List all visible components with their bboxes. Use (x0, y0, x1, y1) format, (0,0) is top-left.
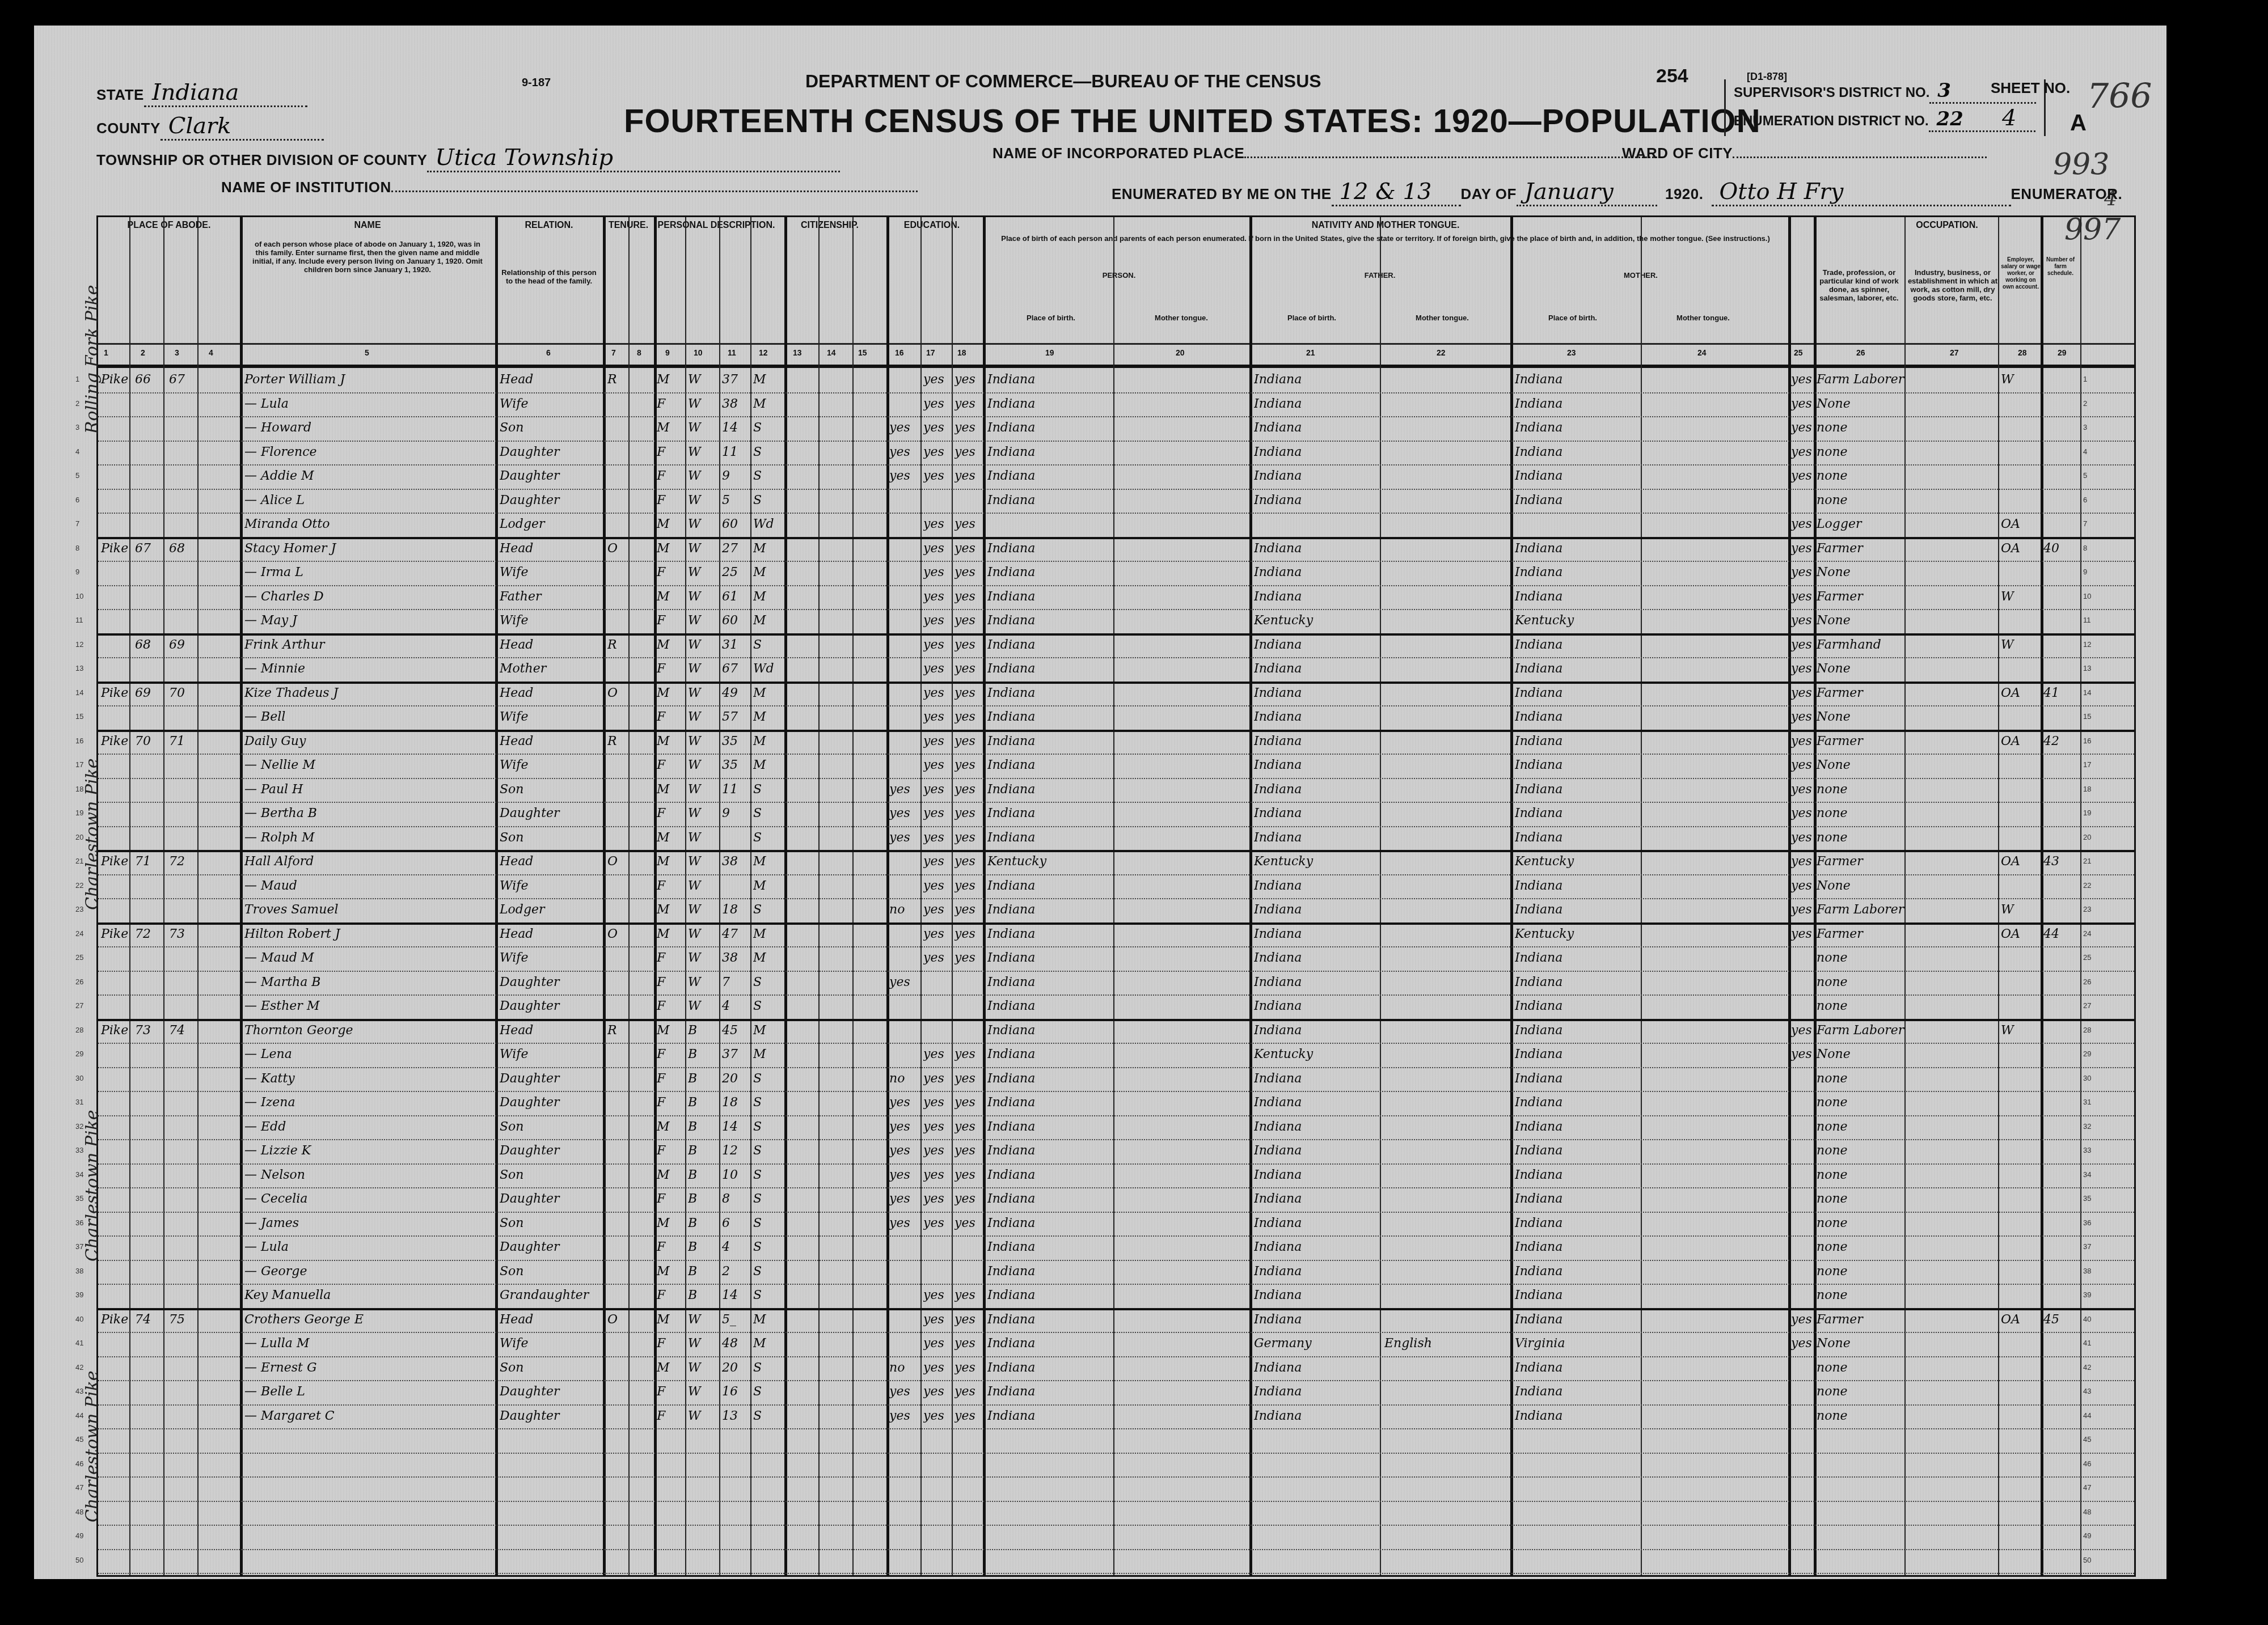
cell-school: yes (889, 1120, 920, 1134)
cell-age: 49 (722, 686, 750, 700)
line-number: 25 (75, 953, 83, 962)
cell-f-birth: Indiana (1254, 590, 1379, 604)
cell-birth: Indiana (987, 469, 1112, 483)
cell-write: yes (954, 1095, 983, 1110)
cell-marital: Wd (753, 662, 784, 676)
cell-f-birth: Indiana (1254, 1361, 1379, 1375)
cell-trade: None (1817, 1047, 1904, 1061)
table-row: 3333— Lizzie KDaughterFB12SyesyesyesIndi… (98, 1139, 2134, 1165)
table-row: 2929— LenaWifeFB37MyesyesIndianaKentucky… (98, 1043, 2134, 1068)
cell-name: — Bell (244, 710, 494, 724)
side-annotation-2: Charlestown Pike (82, 758, 102, 910)
cell-name: — Rolph M (244, 831, 494, 845)
cell-house: 72 (135, 927, 163, 941)
cell-sex: M (657, 1168, 685, 1182)
location-block: STATEIndiana COUNTYClark (96, 79, 324, 146)
cell-m-birth: Indiana (1515, 1409, 1640, 1423)
cell-write: yes (954, 686, 983, 700)
cell-birth: Indiana (987, 1047, 1112, 1061)
table-row: 1313— MinnieMotherFW67WdyesyesIndianaInd… (98, 657, 2134, 684)
cell-relation: Lodger (500, 903, 602, 917)
cell-write: yes (954, 1047, 983, 1061)
cell-name: — Cecelia (244, 1192, 494, 1206)
cell-marital: S (753, 493, 784, 507)
cell-write: yes (954, 1288, 983, 1302)
cell-sex: M (657, 373, 685, 387)
cell-english: yes (1791, 421, 1814, 435)
cell-relation: Wife (500, 1047, 602, 1061)
cell-marital: M (753, 541, 784, 556)
line-number: 49 (75, 1531, 83, 1540)
cell-birth: Indiana (987, 1216, 1112, 1230)
line-number: 6 (75, 496, 79, 504)
cell-name: Miranda Otto (244, 517, 494, 531)
cell-race: W (688, 879, 719, 893)
line-number: 40 (75, 1315, 83, 1323)
line-number: 9 (75, 568, 79, 576)
table-row: 3030— KattyDaughterFB20SnoyesyesIndianaI… (98, 1067, 2134, 1093)
table-row: 4343— Belle LDaughterFW16SyesyesyesIndia… (98, 1380, 2134, 1406)
cell-relation: Head (500, 638, 602, 652)
cell-race: B (688, 1144, 719, 1158)
cell-marital: S (753, 1361, 784, 1375)
cell-marital: M (753, 951, 784, 965)
cell-relation: Wife (500, 565, 602, 579)
cell-sex: M (657, 734, 685, 748)
cell-name: — Nellie M (244, 758, 494, 772)
cell-sex: M (657, 831, 685, 845)
cell-sex: M (657, 421, 685, 435)
line-number: 7 (75, 519, 79, 528)
line-number: 2 (75, 399, 79, 408)
cell-m-birth: Indiana (1515, 469, 1640, 483)
cell-street: Pike (101, 541, 129, 556)
cell-school: yes (889, 975, 920, 989)
cell-f-birth: Indiana (1254, 879, 1379, 893)
line-number-right: 5 (2083, 471, 2087, 480)
cell-race: W (688, 1361, 719, 1375)
line-number-right: 6 (2083, 496, 2087, 504)
cell-m-birth: Indiana (1515, 1023, 1640, 1038)
line-number-right: 44 (2083, 1411, 2091, 1420)
cell-english: yes (1791, 445, 1814, 459)
cell-race: W (688, 758, 719, 772)
cell-birth: Indiana (987, 879, 1112, 893)
line-number: 42 (75, 1363, 83, 1372)
cell-write: yes (954, 1313, 983, 1327)
cell-name: Stacy Homer J (244, 541, 494, 556)
cell-house: 73 (135, 1023, 163, 1038)
line-number-right: 46 (2083, 1459, 2091, 1468)
cell-age: 20 (722, 1361, 750, 1375)
cell-relation: Wife (500, 613, 602, 628)
cell-sex: F (657, 879, 685, 893)
cell-birth: Indiana (987, 397, 1112, 411)
cell-name: — Irma L (244, 565, 494, 579)
cell-write: yes (954, 1409, 983, 1423)
cell-write: yes (954, 951, 983, 965)
cell-marital: M (753, 854, 784, 869)
sheet-value: 4 (2002, 105, 2016, 131)
cell-marital: S (753, 1144, 784, 1158)
cell-sex: F (657, 1288, 685, 1302)
table-row: 3636— JamesSonMB6SyesyesyesIndianaIndian… (98, 1212, 2134, 1237)
cell-name: — Maud M (244, 951, 494, 965)
cell-relation: Wife (500, 397, 602, 411)
line-number: 1 (75, 375, 79, 383)
cell-sex: M (657, 638, 685, 652)
cell-marital: M (753, 565, 784, 579)
cell-read: yes (923, 1336, 952, 1351)
line-number: 12 (75, 640, 83, 649)
cell-relation: Mother (500, 662, 602, 676)
cell-age: 11 (722, 445, 750, 459)
cell-sex: F (657, 493, 685, 507)
page-title: FOURTEENTH CENSUS OF THE UNITED STATES: … (624, 102, 1761, 140)
cell-race: W (688, 397, 719, 411)
cell-birth: Indiana (987, 493, 1112, 507)
cell-english: yes (1791, 831, 1814, 845)
line-number-right: 29 (2083, 1050, 2091, 1058)
cell-sex: F (657, 1385, 685, 1399)
cell-name: Hilton Robert J (244, 927, 494, 941)
table-row: 1717— Nellie MWifeFW35MyesyesIndianaIndi… (98, 754, 2134, 779)
cell-trade: None (1817, 662, 1904, 676)
cell-marital: M (753, 373, 784, 387)
cell-write: yes (954, 903, 983, 917)
cell-english: yes (1791, 758, 1814, 772)
cell-race: B (688, 1288, 719, 1302)
cell-trade: Farmer (1817, 854, 1904, 869)
county-value: Clark (161, 113, 324, 141)
cell-trade: Logger (1817, 517, 1904, 531)
enumerated-day: 12 & 13 (1332, 179, 1461, 206)
cell-read: yes (923, 854, 952, 869)
cell-trade: none (1817, 493, 1904, 507)
cell-trade: none (1817, 469, 1904, 483)
cell-race: W (688, 517, 719, 531)
cell-m-birth: Indiana (1515, 686, 1640, 700)
table-row: 66— Alice LDaughterFW5SIndianaIndianaInd… (98, 489, 2134, 514)
cell-english: yes (1791, 397, 1814, 411)
cell-read: yes (923, 1168, 952, 1182)
cell-age: 38 (722, 397, 750, 411)
cell-m-birth: Indiana (1515, 879, 1640, 893)
cell-sex: F (657, 662, 685, 676)
line-number-right: 49 (2083, 1531, 2091, 1540)
cell-read: yes (923, 541, 952, 556)
cell-marital: S (753, 1288, 784, 1302)
cell-name: Porter William J (244, 373, 494, 387)
cell-birth: Indiana (987, 1336, 1112, 1351)
state-value: Indiana (144, 79, 307, 107)
cell-age: 4 (722, 1240, 750, 1254)
line-number: 3 (75, 423, 79, 431)
cell-race: B (688, 1072, 719, 1086)
cell-m-birth: Indiana (1515, 1095, 1640, 1110)
cell-relation: Daughter (500, 806, 602, 820)
cell-marital: S (753, 903, 784, 917)
cell-tenure: O (607, 1313, 630, 1327)
table-row: 3838— GeorgeSonMB2SIndianaIndianaIndiana… (98, 1260, 2134, 1285)
cell-race: B (688, 1023, 719, 1038)
cell-f-birth: Indiana (1254, 1216, 1379, 1230)
cell-read: yes (923, 1120, 952, 1134)
cell-f-birth: Indiana (1254, 806, 1379, 820)
table-row: 3535— CeceliaDaughterFB8SyesyesyesIndian… (98, 1187, 2134, 1213)
cell-relation: Son (500, 1216, 602, 1230)
cell-marital: S (753, 1095, 784, 1110)
cell-read: yes (923, 734, 952, 748)
cell-relation: Head (500, 686, 602, 700)
cell-marital: M (753, 710, 784, 724)
cell-sex: F (657, 469, 685, 483)
cell-marital: M (753, 734, 784, 748)
cell-english: yes (1791, 782, 1814, 797)
cell-name: Frink Arthur (244, 638, 494, 652)
cell-birth: Indiana (987, 1192, 1112, 1206)
cell-trade: none (1817, 1264, 1904, 1279)
cell-f-birth: Indiana (1254, 565, 1379, 579)
cell-sex: F (657, 951, 685, 965)
cell-family: 75 (169, 1313, 197, 1327)
cell-age: 35 (722, 758, 750, 772)
cell-name: Key Manuella (244, 1288, 494, 1302)
line-number-right: 19 (2083, 809, 2091, 817)
cell-sex: M (657, 782, 685, 797)
cell-family: 70 (169, 686, 197, 700)
cell-street: Pike (101, 854, 129, 869)
cell-trade: none (1817, 1095, 1904, 1110)
cell-age: 27 (722, 541, 750, 556)
cell-marital: S (753, 1072, 784, 1086)
cell-race: W (688, 421, 719, 435)
cell-relation: Son (500, 1361, 602, 1375)
cell-relation: Daughter (500, 999, 602, 1013)
table-row: 11Pike6667Porter William JHeadRMW37Myesy… (98, 368, 2134, 393)
cell-trade: Farmer (1817, 927, 1904, 941)
cell-race: W (688, 613, 719, 628)
cell-sex: F (657, 1240, 685, 1254)
line-number: 14 (75, 688, 83, 697)
line-number-right: 16 (2083, 737, 2091, 745)
table-row: 1515— BellWifeFW57MyesyesIndianaIndianaI… (98, 705, 2134, 732)
cell-birth: Indiana (987, 806, 1112, 820)
line-number: 41 (75, 1339, 83, 1347)
cell-read: yes (923, 686, 952, 700)
cell-birth: Indiana (987, 1313, 1112, 1327)
cell-name: — Florence (244, 445, 494, 459)
cell-m-birth: Indiana (1515, 975, 1640, 989)
cell-relation: Daughter (500, 1095, 602, 1110)
cell-write: yes (954, 590, 983, 604)
cell-m-birth: Indiana (1515, 903, 1640, 917)
cell-f-birth: Indiana (1254, 469, 1379, 483)
cell-marital: S (753, 1409, 784, 1423)
cell-farm: 44 (2043, 927, 2077, 941)
line-number-right: 32 (2083, 1122, 2091, 1131)
cell-sex: F (657, 1144, 685, 1158)
cell-m-birth: Indiana (1515, 734, 1640, 748)
line-number: 8 (75, 544, 79, 552)
cell-read: yes (923, 758, 952, 772)
cell-birth: Indiana (987, 1120, 1112, 1134)
table-row: 2323Troves SamuelLodgerMW18SnoyesyesIndi… (98, 898, 2134, 925)
cell-farm: 42 (2043, 734, 2077, 748)
table-row: 4848 (98, 1501, 2134, 1526)
cell-street: Pike (101, 1313, 129, 1327)
cell-f-birth: Indiana (1254, 951, 1379, 965)
cell-marital: S (753, 469, 784, 483)
cell-trade: None (1817, 397, 1904, 411)
cell-english: yes (1791, 517, 1814, 531)
cell-read: yes (923, 1144, 952, 1158)
cell-trade: Farm Laborer (1817, 1023, 1904, 1038)
cell-race: W (688, 1409, 719, 1423)
cell-relation: Wife (500, 1336, 602, 1351)
line-number-right: 12 (2083, 640, 2091, 649)
enumeration-value: 22 (1929, 108, 2035, 132)
cell-f-birth: Indiana (1254, 1095, 1379, 1110)
cell-birth: Indiana (987, 1023, 1112, 1038)
cell-trade: none (1817, 782, 1904, 797)
cell-trade: none (1817, 831, 1904, 845)
cell-age: 45 (722, 1023, 750, 1038)
cell-f-birth: Indiana (1254, 1313, 1379, 1327)
cell-read: yes (923, 782, 952, 797)
line-number: 4 (75, 447, 79, 456)
cell-race: W (688, 782, 719, 797)
cell-write: yes (954, 517, 983, 531)
ward-value (1733, 156, 1987, 158)
cell-relation: Head (500, 373, 602, 387)
cell-english: yes (1791, 927, 1814, 941)
cell-m-birth: Indiana (1515, 421, 1640, 435)
table-row: 4141— Lulla MWifeFW48MyesyesIndianaGerma… (98, 1332, 2134, 1357)
cell-write: yes (954, 662, 983, 676)
cell-trade: none (1817, 1168, 1904, 1182)
cell-m-birth: Indiana (1515, 1313, 1640, 1327)
cell-relation: Wife (500, 879, 602, 893)
line-number-right: 40 (2083, 1315, 2091, 1323)
cell-age: 38 (722, 854, 750, 869)
cell-read: yes (923, 903, 952, 917)
cell-name: — Minnie (244, 662, 494, 676)
cell-family: 73 (169, 927, 197, 941)
cell-sex: M (657, 903, 685, 917)
cell-relation: Daughter (500, 1385, 602, 1399)
cell-race: W (688, 734, 719, 748)
cell-write: yes (954, 565, 983, 579)
cell-trade: none (1817, 1192, 1904, 1206)
cell-age: 9 (722, 469, 750, 483)
cell-race: W (688, 999, 719, 1013)
cell-birth: Indiana (987, 782, 1112, 797)
cell-sex: F (657, 565, 685, 579)
cell-f-birth: Kentucky (1254, 613, 1379, 628)
cell-relation: Head (500, 854, 602, 869)
cell-f-birth: Indiana (1254, 1264, 1379, 1279)
cell-name: — Lena (244, 1047, 494, 1061)
cell-trade: none (1817, 1144, 1904, 1158)
cell-class: OA (2001, 854, 2041, 869)
cell-trade: none (1817, 999, 1904, 1013)
cell-trade: none (1817, 421, 1904, 435)
cell-birth: Indiana (987, 662, 1112, 676)
table-row: 22— LulaWifeFW38MyesyesIndianaIndianaInd… (98, 392, 2134, 418)
line-number-right: 3 (2083, 423, 2087, 431)
form-number: 9-187 (522, 77, 551, 90)
cell-sex: M (657, 1313, 685, 1327)
cell-marital: S (753, 638, 784, 652)
cell-english: yes (1791, 686, 1814, 700)
table-row: 3939Key ManuellaGrandaughterFB14SyesyesI… (98, 1284, 2134, 1310)
cell-age: 14 (722, 1288, 750, 1302)
cell-family: 71 (169, 734, 197, 748)
cell-sex: F (657, 999, 685, 1013)
line-number: 24 (75, 929, 83, 938)
cell-write: yes (954, 541, 983, 556)
table-row: 55— Addie MDaughterFW9SyesyesyesIndianaI… (98, 464, 2134, 490)
line-number: 31 (75, 1098, 83, 1106)
cell-marital: S (753, 806, 784, 820)
cell-relation: Son (500, 782, 602, 797)
cell-trade: None (1817, 758, 1904, 772)
cell-m-birth: Indiana (1515, 831, 1640, 845)
cell-class: OA (2001, 927, 2041, 941)
cell-trade: Farmer (1817, 734, 1904, 748)
cell-sex: F (657, 1095, 685, 1110)
cell-read: yes (923, 879, 952, 893)
cell-tenure: O (607, 686, 630, 700)
cell-name: — Addie M (244, 469, 494, 483)
cell-write: yes (954, 710, 983, 724)
cell-class: OA (2001, 1313, 2041, 1327)
cell-race: W (688, 493, 719, 507)
cell-read: yes (923, 638, 952, 652)
side-annotation-3: Charlestown Pike (82, 1110, 102, 1262)
cell-f-birth: Indiana (1254, 421, 1379, 435)
cell-name: — Howard (244, 421, 494, 435)
table-row: 44— FlorenceDaughterFW11SyesyesyesIndian… (98, 441, 2134, 466)
cell-birth: Indiana (987, 758, 1112, 772)
cell-name: — Belle L (244, 1385, 494, 1399)
enumerator-name: Otto H Fry (1712, 179, 2011, 206)
cell-relation: Daughter (500, 1144, 602, 1158)
enumeration-date-line: ENUMERATED BY ME ON THE 12 & 13 DAY OF J… (1112, 179, 2122, 206)
cell-marital: S (753, 1240, 784, 1254)
cell-f-birth: Indiana (1254, 1072, 1379, 1086)
cell-marital: S (753, 975, 784, 989)
table-row: 2828Pike7374Thornton GeorgeHeadRMB45MInd… (98, 1019, 2134, 1044)
cell-street: Pike (101, 1023, 129, 1038)
line-number: 26 (75, 977, 83, 986)
cell-birth: Indiana (987, 373, 1112, 387)
cell-age: 12 (722, 1144, 750, 1158)
cell-age: 18 (722, 1095, 750, 1110)
cell-age: 14 (722, 421, 750, 435)
cell-school: yes (889, 445, 920, 459)
incorporated-value (1244, 156, 1657, 158)
cell-relation: Wife (500, 710, 602, 724)
department-heading: DEPARTMENT OF COMMERCE—BUREAU OF THE CEN… (805, 71, 1321, 92)
table-row: 77Miranda OttoLodgerMW60WdyesyesyesLogge… (98, 513, 2134, 539)
cell-birth: Indiana (987, 445, 1112, 459)
cell-marital: M (753, 1313, 784, 1327)
cell-race: W (688, 373, 719, 387)
cell-sex: F (657, 710, 685, 724)
cell-f-birth: Kentucky (1254, 1047, 1379, 1061)
